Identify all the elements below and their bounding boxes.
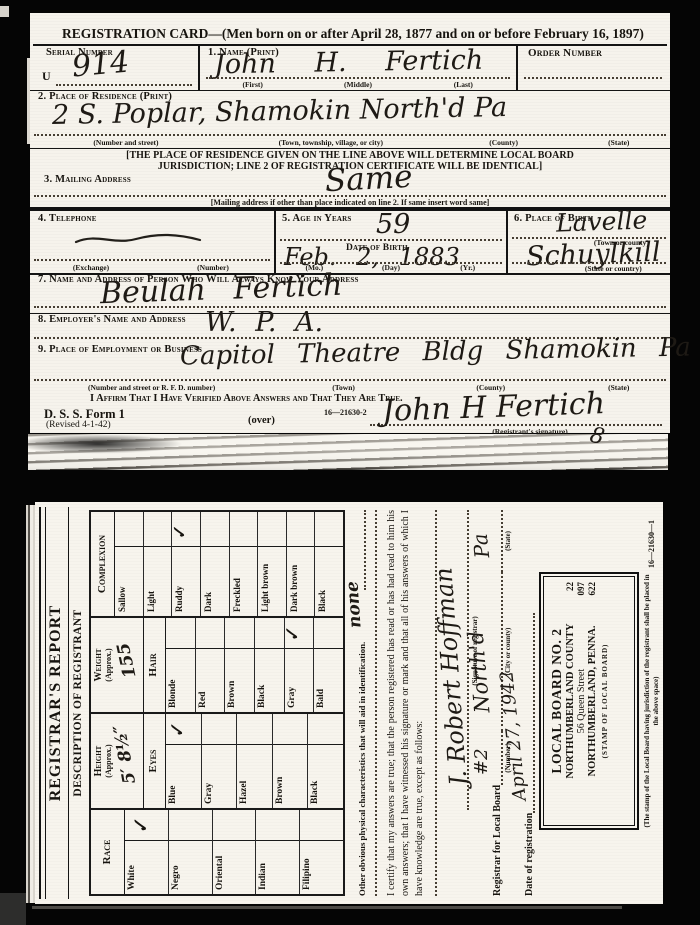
birthplace-town-value: Lavelle: [556, 207, 648, 235]
race-option-filipino: Filipino: [300, 810, 343, 894]
order-number-label: Order Number: [528, 47, 602, 59]
name-sub-first: (First): [200, 80, 305, 89]
hair-black-checkcell: [255, 618, 284, 649]
card-stack-bottom-edge: [32, 906, 622, 909]
stamp-street-text: 56 Queen Street: [576, 669, 587, 733]
name-sub-middle: (Middle): [305, 80, 410, 89]
registrar-signature: J. Robert Hoffman: [431, 567, 470, 787]
back-print-code: 16—21630—1: [647, 520, 656, 568]
row-residence: 2. Place of Residence (Print) 2 S. Popla…: [30, 90, 670, 149]
eyes-gray-label: Gray: [202, 745, 237, 808]
hair-option-red: Red: [196, 618, 226, 712]
employment-value: Capitol Theatre Bldg Shamokin Pa: [180, 335, 691, 370]
telephone-cell: 4. Telephone (Exchange) (Number): [30, 211, 276, 273]
name-sublabels: (First) (Middle) (Last): [200, 80, 516, 89]
description-table: Race White ✓ Negro Oriental: [89, 510, 345, 896]
employment-sub-town: (Town): [273, 383, 414, 392]
stamp-county-code: 22: [565, 582, 575, 591]
registration-date-label: Date of registration: [524, 813, 539, 896]
mailing-sublabel: [Mailing address if other than place ind…: [30, 198, 670, 207]
race-oriental-checkcell: [213, 810, 256, 841]
hair-black-label: Black: [255, 649, 284, 712]
serial-prefix: U: [42, 69, 51, 84]
other-characteristics-row: Other obvious physical characteristics t…: [352, 510, 370, 896]
row-employment: 9. Place of Employment or Business Capit…: [30, 343, 670, 393]
race-white-label: White: [125, 841, 168, 894]
stamp-county-line: NORTHUMBERLAND COUNTY 22: [565, 577, 576, 825]
other-characteristics-value: none: [344, 581, 364, 629]
race-option-oriental: Oriental: [213, 810, 257, 894]
eyes-black-checkcell: [308, 714, 343, 745]
complexion-dark-brown-checkcell: [287, 512, 315, 547]
name-dotted-line: [206, 77, 510, 79]
complexion-light-checkcell: [144, 512, 172, 547]
weight-hair-column: Weight (Approx.) 155 Hair Blonde Red: [91, 618, 343, 714]
registrant-signature: John H Fertich: [382, 389, 606, 427]
race-options: White ✓ Negro Oriental Indian: [125, 810, 343, 894]
card-title: REGISTRATION CARD—(Men born on or after …: [62, 26, 644, 42]
card-stack-edge-band: [28, 434, 668, 470]
report-title: REGISTRAR'S REPORT: [47, 502, 65, 904]
row-mailing: 3. Mailing Address Same [Mailing address…: [30, 172, 670, 207]
race-option-negro: Negro: [169, 810, 213, 894]
registrar-certification-text: I certify that my answers are true; that…: [385, 510, 426, 896]
registrar-board-city: North'd: [465, 630, 493, 714]
other-characteristics-label: Other obvious physical characteristics t…: [357, 642, 367, 896]
eyes-blue-checkcell: ✓: [166, 714, 201, 745]
eyes-option-hazel: Hazel: [237, 714, 273, 808]
other-characteristics-dotted-line: [375, 510, 377, 896]
residence-sub-street: (Number and street): [30, 138, 222, 147]
hair-option-gray: Gray ✓: [285, 618, 315, 712]
complexion-option-sallow: Sallow: [115, 512, 144, 616]
scan-corner-artifact: [0, 6, 9, 17]
race-option-indian: Indian: [256, 810, 300, 894]
complexion-column: Complexion Sallow Light Ruddy ✓: [91, 512, 343, 618]
eyes-blue-checkmark: ✓: [167, 722, 189, 739]
registrar-board-number: #2: [473, 748, 491, 775]
contact-value: Beulah Fertich: [100, 271, 343, 309]
eyes-option-blue: Blue ✓: [166, 714, 202, 808]
residence-value: 2 S. Poplar, Shamokin North'd Pa: [52, 94, 507, 129]
registrar-board-state: Pa: [470, 533, 492, 559]
race-indian-label: Indian: [256, 841, 299, 894]
registration-card-front: REGISTRATION CARD—(Men born on or after …: [30, 13, 670, 433]
serial-number-value: 914: [71, 48, 131, 83]
telephone-sub-exchange: (Exchange): [30, 263, 152, 272]
stamp-city-line: NORTHUMBERLAND, PENNA. 622: [587, 577, 598, 825]
stamp-street-code: 097: [576, 582, 586, 596]
eyes-brown-label: Brown: [273, 745, 308, 808]
stamp-street-line: 56 Queen Street 097: [576, 577, 587, 825]
eyes-blue-label: Blue: [166, 745, 201, 808]
eyes-options: Blue ✓ Gray Hazel Brown: [166, 714, 343, 808]
age-label: 5. Age in Years: [282, 213, 352, 224]
employment-sub-street: (Number and street or R. F. D. number): [30, 383, 273, 392]
weight-header: Weight: [91, 618, 104, 712]
jurisdiction-note-line1: [THE PLACE OF RESIDENCE GIVEN ON THE LIN…: [30, 150, 670, 162]
serial-number-cell: Serial Number U 914: [30, 46, 200, 90]
race-white-checkmark: ✓: [130, 818, 153, 836]
height-header: Height: [91, 714, 104, 808]
complexion-sallow-checkcell: [115, 512, 143, 547]
complexion-light-label: Light: [144, 547, 172, 616]
eyes-hazel-label: Hazel: [237, 745, 272, 808]
telephone-label: 4. Telephone: [38, 213, 97, 224]
registrar-board-state-sublabel: (State): [504, 510, 512, 572]
residence-sub-state: (State): [568, 138, 670, 147]
complexion-black-label: Black: [315, 547, 343, 616]
hair-brown-checkcell: [225, 618, 254, 649]
complexion-header: Complexion: [91, 512, 115, 616]
hair-gray-label: Gray: [285, 649, 314, 712]
birthplace-state-sublabel: (State or country): [557, 264, 670, 273]
age-dob-cell: 5. Age in Years 59 Date of Birth Feb. 2,…: [276, 211, 508, 273]
complexion-option-ruddy: Ruddy ✓: [172, 512, 201, 616]
hair-option-blonde: Blonde: [166, 618, 196, 712]
complexion-dark-label: Dark: [201, 547, 229, 616]
employer-label: 8. Employer's Name and Address: [38, 314, 186, 325]
registration-date-row: Date of registration April 27, 1942: [515, 510, 539, 896]
race-header: Race: [91, 810, 125, 894]
hair-bald-label: Bald: [314, 649, 343, 712]
scan-bottom-artifact: [0, 893, 26, 925]
telephone-none-mark: [74, 231, 204, 247]
scanned-draft-card-page: { "front": { "title": "REGISTRATION CARD…: [0, 0, 700, 925]
hair-blonde-checkcell: [166, 618, 195, 649]
card-stack-left-edge: [26, 505, 35, 903]
complexion-ruddy-checkcell: ✓: [172, 512, 200, 547]
race-column: Race White ✓ Negro Oriental: [91, 810, 343, 894]
weight-approx-label: (Approx.): [104, 618, 113, 712]
stamp-board-name: LOCAL BOARD NO. 2: [549, 577, 565, 825]
row-telephone-age-birth: 4. Telephone (Exchange) (Number) 5. Age …: [30, 211, 670, 275]
local-board-stamp-inner: LOCAL BOARD NO. 2 NORTHUMBERLAND COUNTY …: [543, 576, 635, 826]
affirmation-text: I Affirm That I Have Verified Above Answ…: [90, 393, 403, 404]
serial-dotted-line: [56, 84, 192, 86]
row-form-footer: D. S. S. Form 1 (Revised 4-1-42) (over) …: [30, 407, 670, 433]
order-number-cell: Order Number: [518, 46, 670, 90]
local-board-stamp: LOCAL BOARD NO. 2 NORTHUMBERLAND COUNTY …: [539, 572, 639, 830]
contact-dotted-line: [34, 306, 666, 308]
hair-red-label: Red: [196, 649, 225, 712]
race-filipino-checkcell: [300, 810, 343, 841]
residence-sublabels: (Number and street) (Town, township, vil…: [30, 138, 670, 147]
complexion-dark-checkcell: [201, 512, 229, 547]
eyes-gray-checkcell: [202, 714, 237, 745]
hair-option-brown: Brown: [225, 618, 255, 712]
hair-option-bald: Bald: [314, 618, 343, 712]
hair-gray-checkmark: ✓: [282, 626, 304, 643]
race-negro-label: Negro: [169, 841, 212, 894]
hair-gray-checkcell: ✓: [285, 618, 314, 649]
eyes-brown-checkcell: [273, 714, 308, 745]
employment-label: 9. Place of Employment or Business: [38, 344, 202, 355]
over-label: (over): [248, 415, 275, 426]
name-cell: 1. Name (Print) John H. Fertich (First) …: [200, 46, 518, 90]
complexion-black-checkcell: [315, 512, 343, 547]
name-sub-last: (Last): [411, 80, 516, 89]
race-oriental-label: Oriental: [213, 841, 256, 894]
hair-brown-label: Brown: [225, 649, 254, 712]
mailing-label: 3. Mailing Address: [44, 174, 131, 185]
registration-date-seg: April 27, 1942: [511, 613, 535, 813]
eyes-black-label: Black: [308, 745, 343, 808]
residence-sub-town: (Town, township, village, or city): [222, 138, 440, 147]
complexion-option-freckled: Freckled: [230, 512, 259, 616]
eyes-hazel-checkcell: [237, 714, 272, 745]
order-dotted-line: [524, 77, 662, 79]
registrar-report-card: REGISTRAR'S REPORT DESCRIPTION OF REGIST…: [35, 502, 663, 904]
residence-sub-county: (County): [440, 138, 568, 147]
stamp-caption: (STAMP OF LOCAL BOARD): [601, 577, 609, 825]
race-white-checkcell: ✓: [125, 810, 168, 841]
complexion-dark-brown-label: Dark brown: [287, 547, 315, 616]
back-top-double-rule: [39, 507, 46, 899]
complexion-option-black: Black: [315, 512, 343, 616]
back-title-rule: [68, 507, 69, 899]
residence-dotted-line: [34, 134, 666, 136]
complexion-option-light: Light: [144, 512, 173, 616]
height-header-cell: Height (Approx.) 5′ 8½″: [91, 714, 144, 808]
race-negro-checkcell: [169, 810, 212, 841]
eyes-option-black: Black: [308, 714, 343, 808]
complexion-options: Sallow Light Ruddy ✓ Dark: [115, 512, 343, 616]
age-dotted-line: [280, 239, 502, 241]
hair-blonde-label: Blonde: [166, 649, 195, 712]
registrar-board-state-seg: Pa (State): [479, 510, 503, 572]
complexion-option-light-brown: Light brown: [258, 512, 287, 616]
height-eyes-column: Height (Approx.) 5′ 8½″ Eyes Blue ✓ Gray: [91, 714, 343, 810]
complexion-freckled-checkcell: [230, 512, 258, 547]
eyes-option-gray: Gray: [202, 714, 238, 808]
complexion-option-dark-brown: Dark brown: [287, 512, 316, 616]
birthplace-cell: 6. Place of Birth Lavelle (Town or count…: [508, 211, 670, 273]
age-value: 59: [376, 211, 410, 238]
form-revision: (Revised 4-1-42): [46, 420, 111, 430]
eyes-option-brown: Brown: [273, 714, 309, 808]
race-filipino-label: Filipino: [300, 841, 343, 894]
registrar-board-number-seg: #2 (Number): [479, 731, 503, 785]
other-characteristics-dots: [364, 510, 366, 590]
stamp-county-text: NORTHUMBERLAND COUNTY: [565, 623, 576, 778]
employment-dotted-line: [34, 379, 666, 381]
name-value: John H. Fertich: [214, 47, 484, 79]
complexion-light-brown-checkcell: [258, 512, 286, 547]
weight-value: 155: [115, 641, 139, 679]
report-subtitle: DESCRIPTION OF REGISTRANT: [72, 502, 84, 904]
hair-options: Blonde Red Brown Black: [166, 618, 343, 712]
dob-sub-year: (Yr.): [429, 263, 506, 272]
dob-sub-day: (Day): [353, 263, 430, 272]
stamp-city-code: 622: [587, 582, 597, 596]
registrar-board-label: Registrar for Local Board: [492, 785, 511, 896]
telephone-dotted-line: [34, 259, 270, 261]
employer-value: W. P. A.: [205, 309, 323, 336]
stamp-placement-note: (The stamp of the Local Board having jur…: [643, 574, 661, 828]
mailing-value: Same: [324, 162, 413, 198]
hair-bald-checkcell: [314, 618, 343, 649]
weight-header-cell: Weight (Approx.) 155: [91, 618, 144, 712]
registrar-report-wrapper: REGISTRAR'S REPORT DESCRIPTION OF REGIST…: [35, 502, 663, 904]
complexion-light-brown-label: Light brown: [258, 547, 286, 616]
height-value: 5′ 8½″: [112, 724, 139, 785]
hair-header: Hair: [144, 618, 166, 712]
stamp-city-text: NORTHUMBERLAND, PENNA.: [587, 626, 598, 777]
mailing-dotted-line: [34, 195, 666, 197]
hair-option-black: Black: [255, 618, 285, 712]
front-print-code: 16—21630-2: [324, 408, 367, 417]
complexion-ruddy-checkmark: ✓: [169, 525, 190, 541]
complexion-option-dark: Dark: [201, 512, 230, 616]
hair-red-checkcell: [196, 618, 225, 649]
race-indian-checkcell: [256, 810, 299, 841]
complexion-freckled-label: Freckled: [230, 547, 258, 616]
complexion-sallow-label: Sallow: [115, 547, 143, 616]
row-serial-name-order: Serial Number U 914 1. Name (Print) John…: [30, 46, 670, 91]
eyes-header: Eyes: [144, 714, 166, 808]
race-option-white: White ✓: [125, 810, 169, 894]
row-contact: 7. Name and Address of Person Who Will A…: [30, 273, 670, 314]
complexion-ruddy-label: Ruddy: [172, 547, 200, 616]
